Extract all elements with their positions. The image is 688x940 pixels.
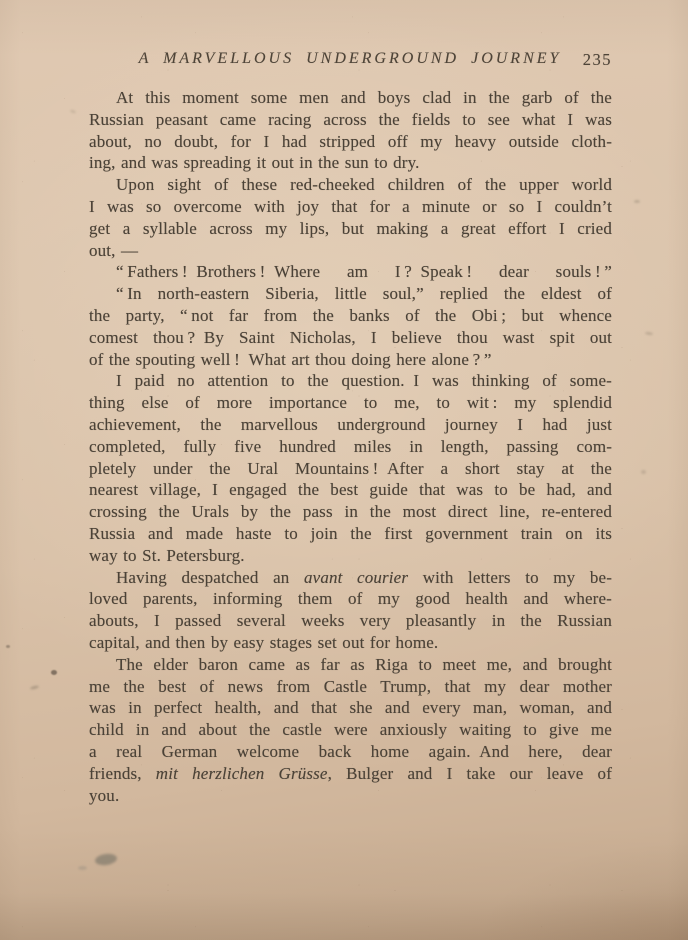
text-line: “ Fathers ! Brothers ! Where am I ? Spea… [89,261,612,283]
text-line: loved parents, informing them of my good… [89,588,612,610]
text-line: completed, fully five hundred miles in l… [89,436,612,458]
text-segment: Upon sight of these red-cheeked children… [116,175,612,194]
text-segment: crossing the Urals by the pass in the mo… [89,502,612,521]
text-segment: pletely under the Ural Mountains ! After… [89,459,612,478]
text-segment: way to St. Petersburg. [89,546,245,565]
text-segment: get a syllable across my lips, but makin… [89,219,612,238]
ink-smudge [70,109,77,114]
text-line: friends, mit herzlichen Grüsse, Bulger a… [89,763,612,785]
ink-smudge [94,853,117,867]
paragraph: “ Fathers ! Brothers ! Where am I ? Spea… [89,261,612,283]
text-segment: The elder baron came as far as Riga to m… [116,655,612,674]
text-line: nearest village, I engaged the best guid… [89,479,612,501]
text-segment: friends, [89,764,156,783]
text-segment: I paid no attention to the question. I w… [116,371,612,390]
ink-smudge [78,866,87,870]
text-segment: you. [89,786,119,805]
text-line: crossing the Urals by the pass in the mo… [89,501,612,523]
text-line: me the best of news from Castle Trump, t… [89,676,612,698]
text-segment: “ Fathers ! Brothers ! Where am I ? Spea… [116,262,612,281]
text-line: about, no doubt, for I had stripped off … [89,131,612,153]
ink-smudge [645,331,653,335]
text-segment: I was so overcome with joy that for a mi… [89,197,612,216]
text-line: I was so overcome with joy that for a mi… [89,196,612,218]
text-segment: abouts, I passed several weeks very plea… [89,611,612,630]
text-segment: , Bulger and I take our leave of [328,764,612,783]
text-segment: out, — [89,241,138,260]
ink-smudge [641,470,646,474]
text-line: achievement, the marvellous underground … [89,414,612,436]
text-line: the party, “ not far from the banks of t… [89,305,612,327]
text-line: thing else of more importance to me, to … [89,392,612,414]
text-line: I paid no attention to the question. I w… [89,370,612,392]
text-line: of the spouting well ! What art thou doi… [89,349,612,371]
text-segment: ing, and was spreading it out in the sun… [89,153,420,172]
text-block: At this moment some men and boys clad in… [89,87,612,806]
paragraph: At this moment some men and boys clad in… [89,87,612,174]
text-line: way to St. Petersburg. [89,545,612,567]
text-segment: loved parents, informing them of my good… [89,589,612,608]
text-line: you. [89,785,612,807]
text-line: ing, and was spreading it out in the sun… [89,152,612,174]
text-line: At this moment some men and boys clad in… [89,87,612,109]
text-line: out, — [89,240,612,262]
text-segment: me the best of news from Castle Trump, t… [89,677,612,696]
text-line: Having despatched an avant courier with … [89,567,612,589]
italic-phrase: mit herzlichen Grüsse [156,764,328,783]
ink-smudge [6,645,10,648]
text-line: Russia and made haste to join the first … [89,523,612,545]
text-line: capital, and then by easy stages set out… [89,632,612,654]
ink-smudge [30,685,39,690]
text-line: pletely under the Ural Mountains ! After… [89,458,612,480]
italic-phrase: avant courier [304,568,408,587]
text-segment: with letters to my be- [408,568,612,587]
text-segment: thing else of more importance to me, to … [89,393,612,412]
text-segment: about, no doubt, for I had stripped off … [89,132,612,151]
text-segment: the party, “ not far from the banks of t… [89,306,612,325]
text-segment: was in perfect health, and that she and … [89,698,612,717]
text-segment: child in and about the castle were anxio… [89,720,612,739]
paragraph: “ In north-eastern Siberia, little soul,… [89,283,612,370]
text-line: a real German welcome back home again. A… [89,741,612,763]
text-segment: a real German welcome back home again. A… [89,742,612,761]
ink-smudge [51,670,57,675]
text-line: abouts, I passed several weeks very plea… [89,610,612,632]
text-segment: “ In north-eastern Siberia, little soul,… [116,284,612,303]
text-segment: completed, fully five hundred miles in l… [89,437,612,456]
text-segment: capital, and then by easy stages set out… [89,633,438,652]
running-title: A MARVELLOUS UNDERGROUND JOURNEY [88,50,612,68]
page-header: A MARVELLOUS UNDERGROUND JOURNEY 235 [88,50,612,72]
text-line: child in and about the castle were anxio… [89,719,612,741]
scanned-book-page: A MARVELLOUS UNDERGROUND JOURNEY 235 At … [0,0,688,940]
text-line: Upon sight of these red-cheeked children… [89,174,612,196]
text-line: get a syllable across my lips, but makin… [89,218,612,240]
text-segment: At this moment some men and boys clad in… [116,88,612,107]
text-segment: achievement, the marvellous underground … [89,415,612,434]
text-segment: Russian peasant came racing across the f… [89,110,612,129]
paragraph: I paid no attention to the question. I w… [89,370,612,566]
paragraph: Having despatched an avant courier with … [89,567,612,654]
text-line: comest thou ? By Saint Nicholas, I belie… [89,327,612,349]
text-segment: Having despatched an [116,568,304,587]
text-segment: Russia and made haste to join the first … [89,524,612,543]
ink-smudge [634,200,640,203]
text-segment: nearest village, I engaged the best guid… [89,480,612,499]
text-line: “ In north-eastern Siberia, little soul,… [89,283,612,305]
text-line: The elder baron came as far as Riga to m… [89,654,612,676]
paragraph: The elder baron came as far as Riga to m… [89,654,612,807]
text-segment: of the spouting well ! What art thou doi… [89,350,492,369]
text-line: Russian peasant came racing across the f… [89,109,612,131]
page-number: 235 [583,50,612,70]
paragraph: Upon sight of these red-cheeked children… [89,174,612,261]
text-segment: comest thou ? By Saint Nicholas, I belie… [89,328,612,347]
text-line: was in perfect health, and that she and … [89,697,612,719]
